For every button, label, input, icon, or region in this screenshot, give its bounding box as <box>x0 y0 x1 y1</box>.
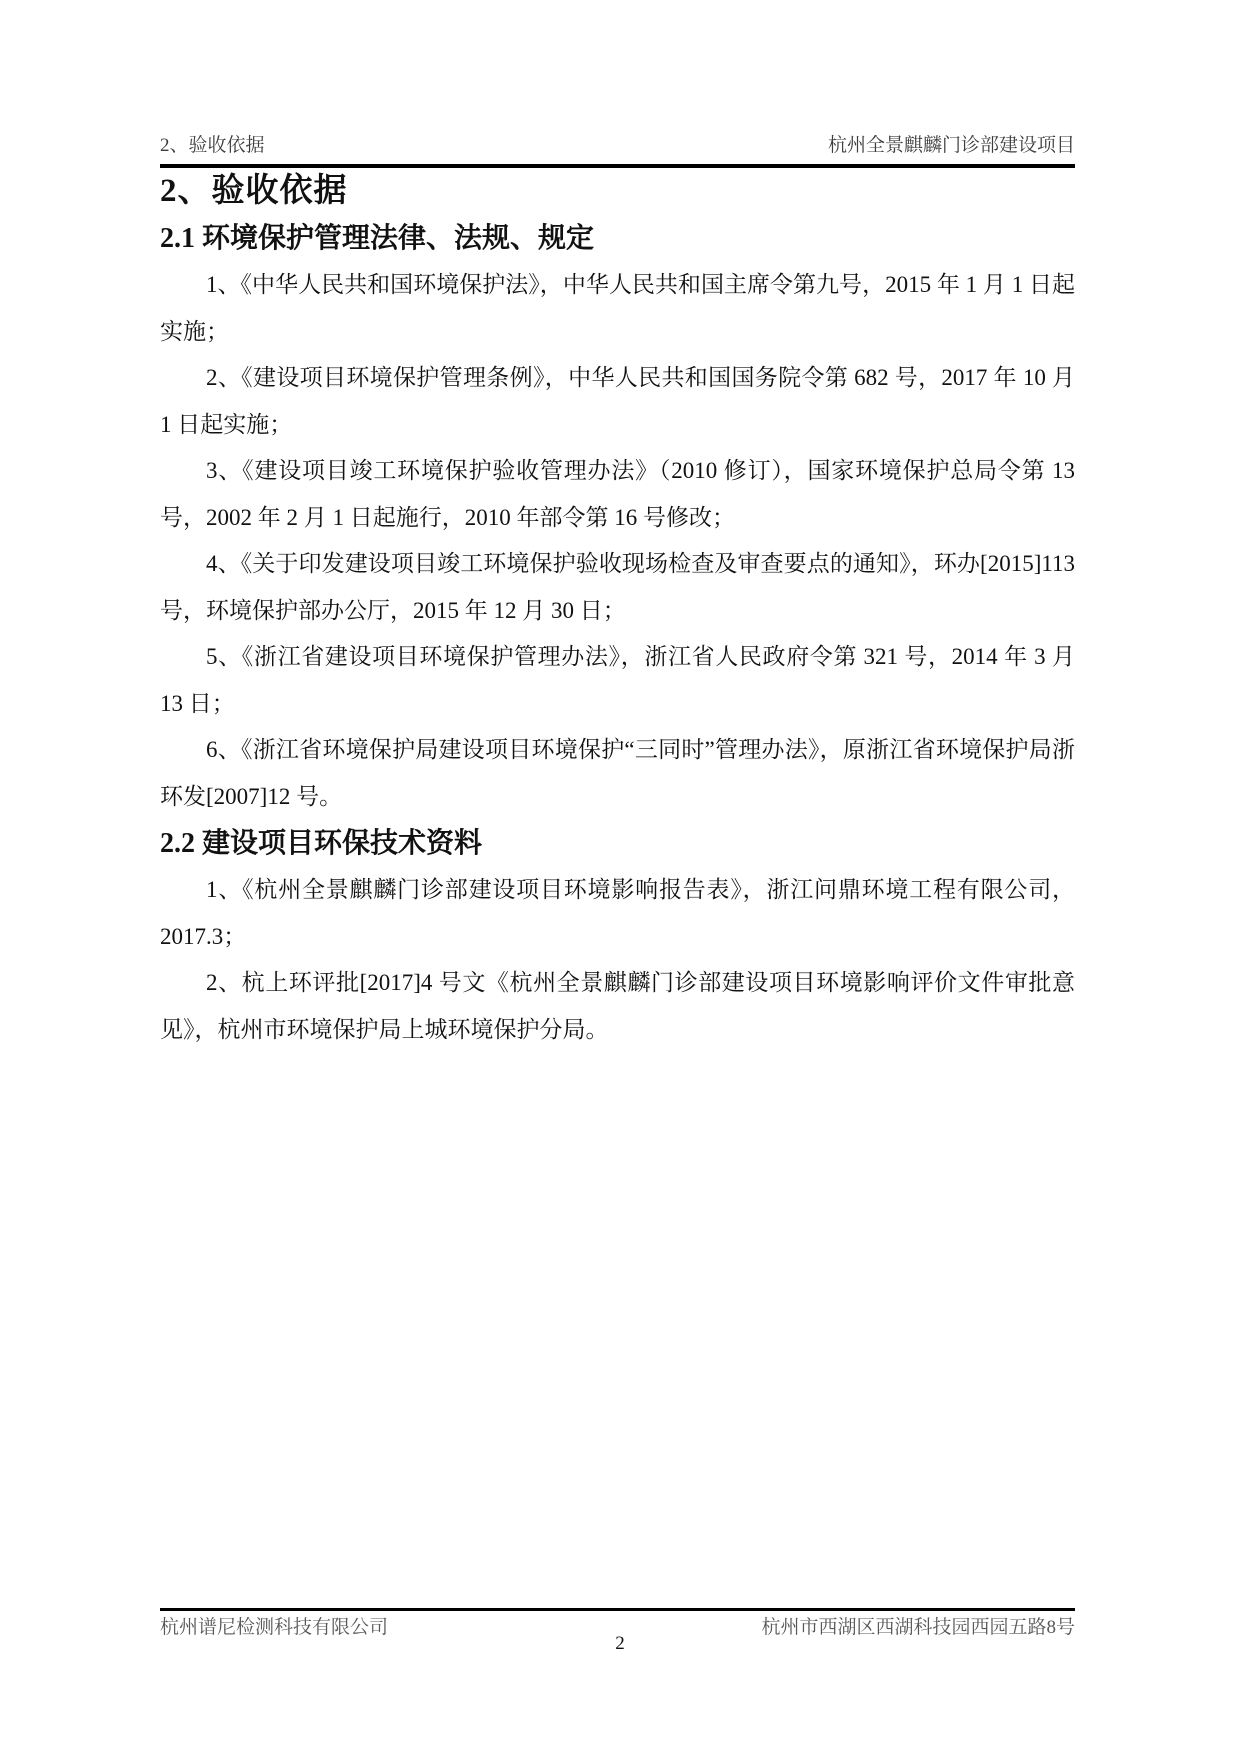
running-header-left: 2、验收依据 <box>160 134 265 158</box>
section-2-1-item-3: 3、《建设项目竣工环境保护验收管理办法》（2010 修订），国家环境保护总局令第… <box>160 448 1075 541</box>
section-2-2-item-1: 1、《杭州全景麒麟门诊部建设项目环境影响报告表》，浙江问鼎环境工程有限公司，20… <box>160 867 1075 960</box>
section-2-1-item-6: 6、《浙江省环境保护局建设项目环境保护“三同时”管理办法》，原浙江省环境保护局浙… <box>160 727 1075 820</box>
section-2-1-item-5: 5、《浙江省建设项目环境保护管理办法》，浙江省人民政府令第 321 号，2014… <box>160 634 1075 727</box>
running-header: 2、验收依据 杭州全景麒麟门诊部建设项目 <box>160 134 1075 168</box>
running-header-right: 杭州全景麒麟门诊部建设项目 <box>828 134 1075 158</box>
section-heading-2-2: 2.2 建设项目环保技术资料 <box>160 820 1075 867</box>
page-number: 2 <box>0 1633 1240 1655</box>
section-2-1-item-2: 2、《建设项目环境保护管理条例》，中华人民共和国国务院令第 682 号，2017… <box>160 355 1075 448</box>
document-page: 2、验收依据 杭州全景麒麟门诊部建设项目 2、验收依据 2.1 环境保护管理法律… <box>0 0 1240 1754</box>
section-2-1-item-4: 4、《关于印发建设项目竣工环境保护验收现场检查及审查要点的通知》，环办[2015… <box>160 541 1075 634</box>
document-body: 2、验收依据 2.1 环境保护管理法律、法规、规定 1、《中华人民共和国环境保护… <box>160 168 1075 1053</box>
chapter-title: 2、验收依据 <box>160 168 1075 215</box>
section-2-2-item-2: 2、杭上环评批[2017]4 号文《杭州全景麒麟门诊部建设项目环境影响评价文件审… <box>160 960 1075 1053</box>
section-heading-2-1: 2.1 环境保护管理法律、法规、规定 <box>160 215 1075 262</box>
section-2-1-item-1: 1、《中华人民共和国环境保护法》，中华人民共和国主席令第九号，2015 年 1 … <box>160 262 1075 355</box>
